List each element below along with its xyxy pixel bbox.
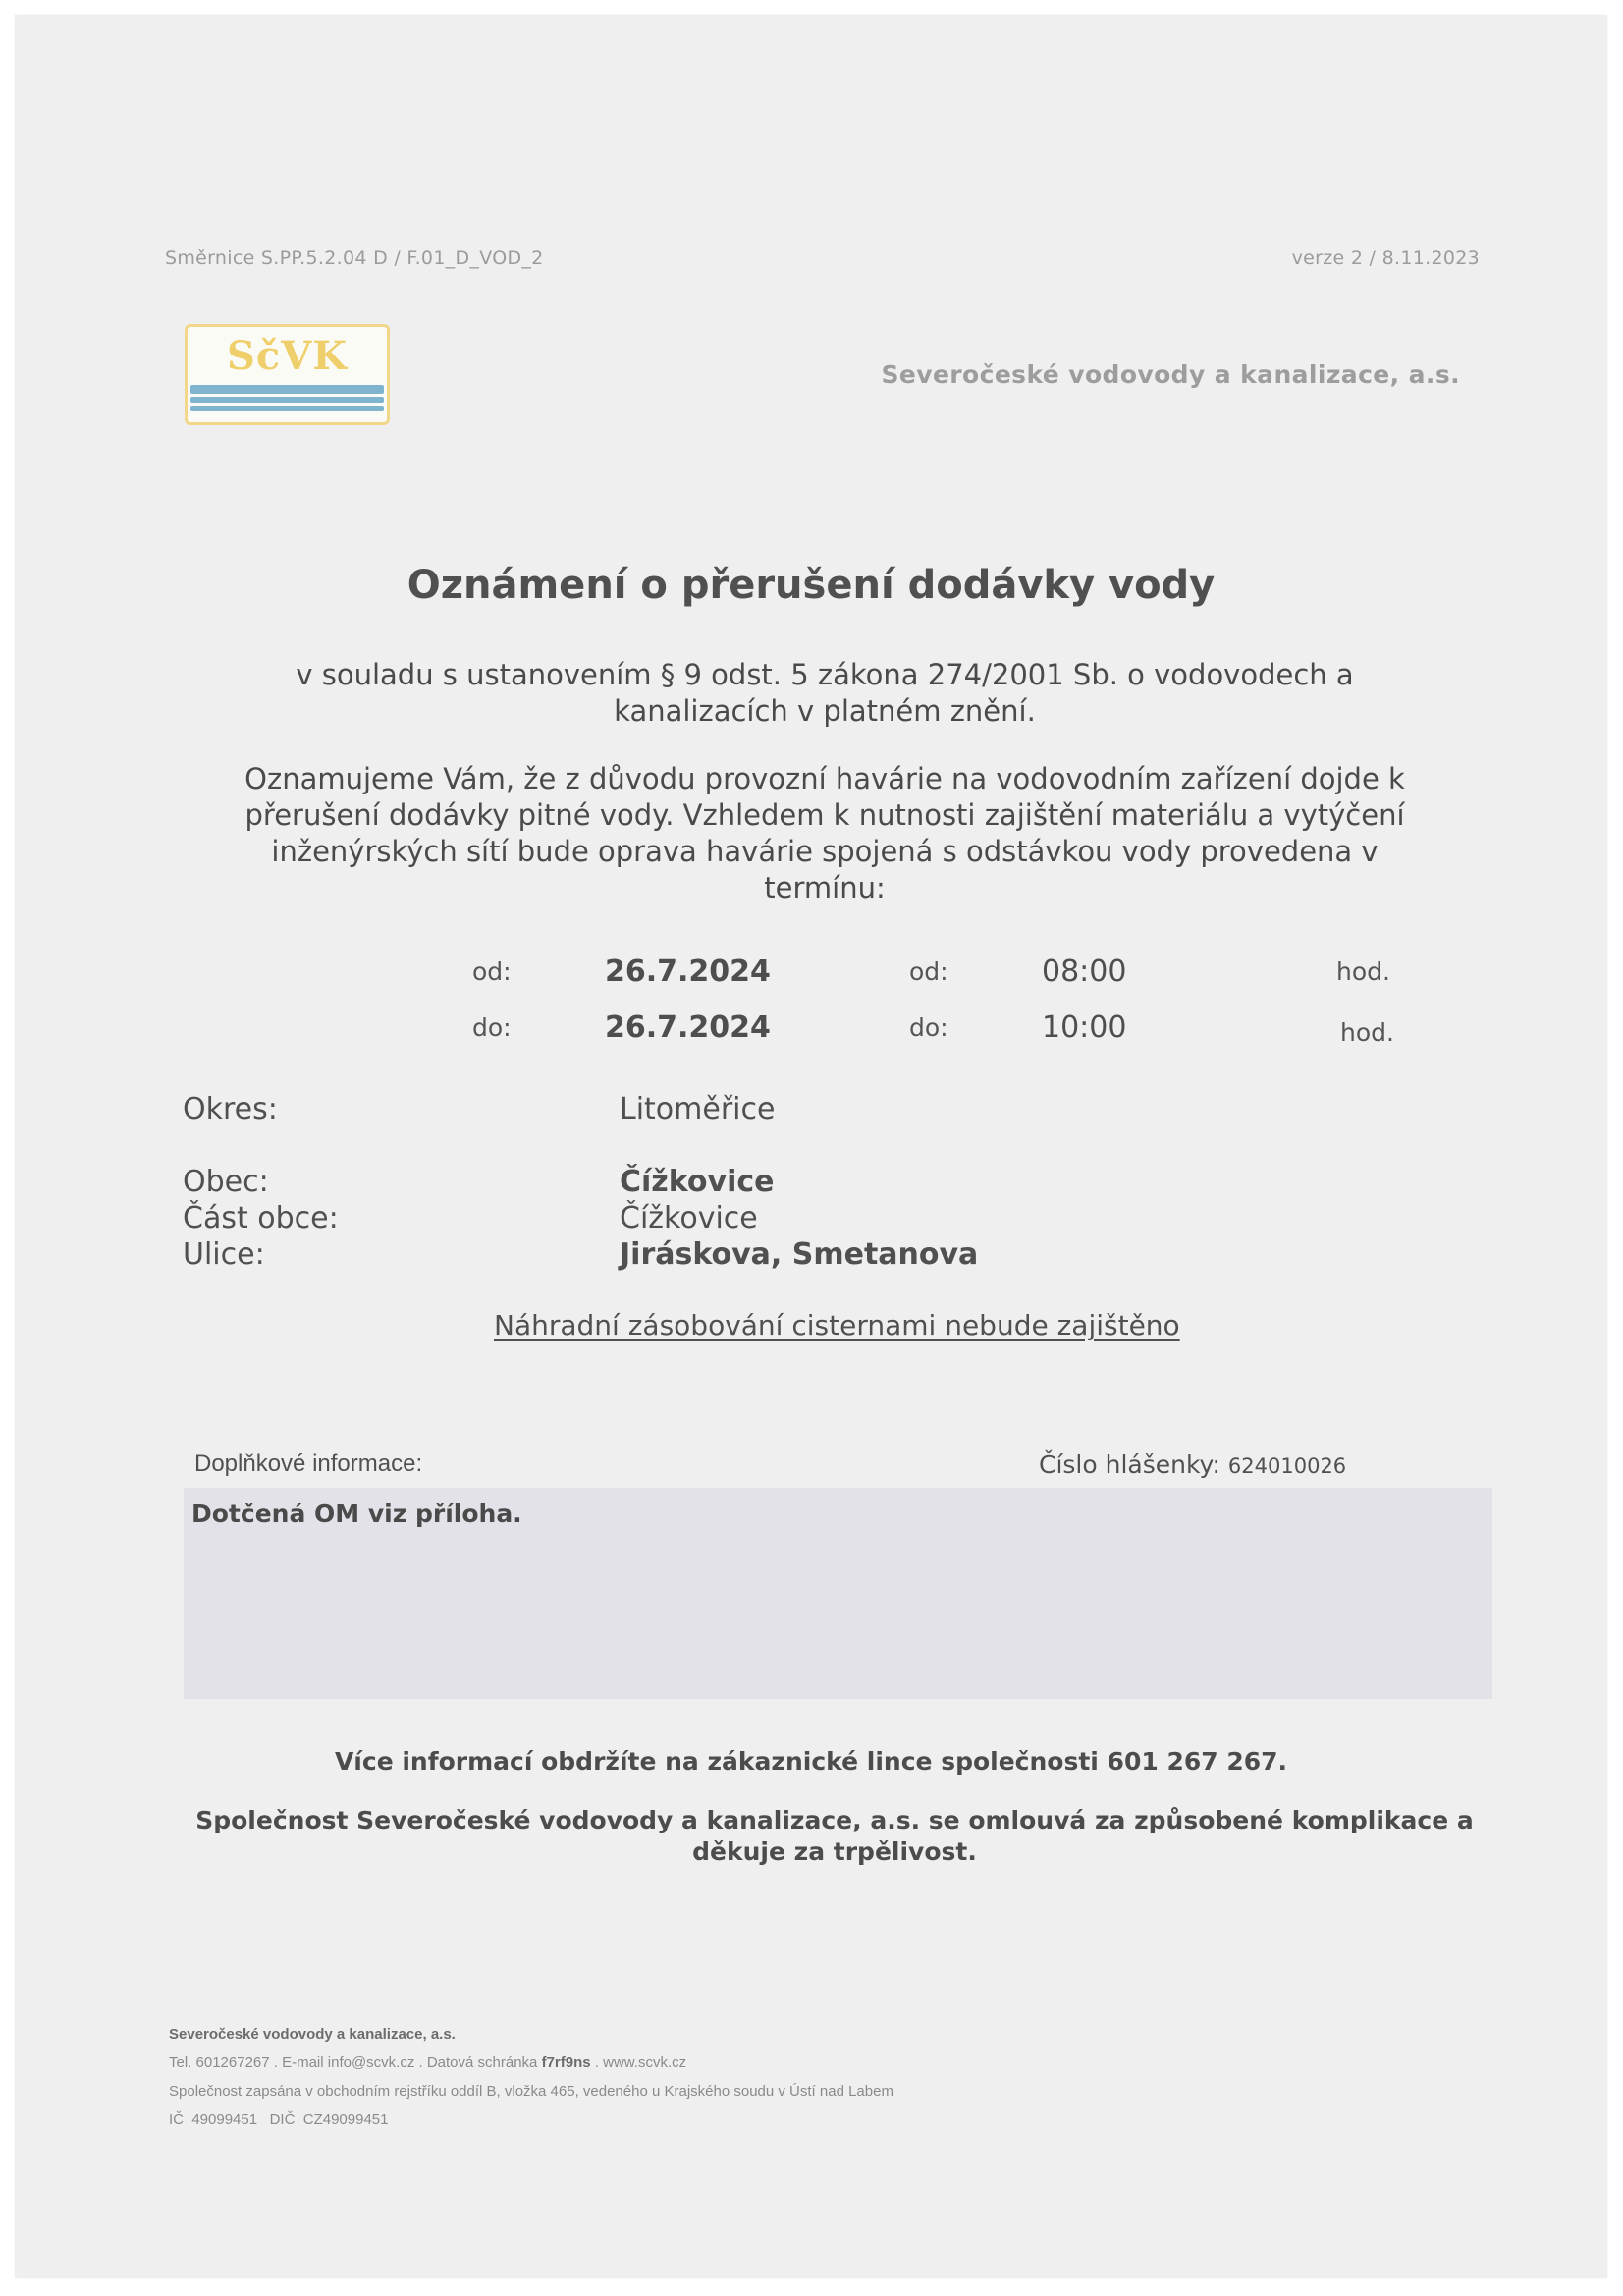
legal-basis-text: v souladu s ustanovením § 9 odst. 5 záko…: [211, 657, 1438, 730]
footer-contact-suffix: . www.scvk.cz: [591, 2054, 687, 2071]
to-date: 26.7.2024: [605, 1011, 771, 1045]
from-time-unit: hod.: [1336, 957, 1390, 986]
logo-water-stripes-icon: [190, 385, 384, 418]
replacement-supply-notice: Náhradní zásobování cisternami nebude za…: [494, 1309, 1180, 1341]
from-time: 08:00: [1042, 955, 1126, 989]
municipality-label: Obec:: [183, 1165, 269, 1199]
logo-text: SčVK: [188, 333, 387, 379]
streets-label: Ulice:: [183, 1237, 265, 1272]
apology-text: Společnost Severočeské vodovody a kanali…: [172, 1805, 1497, 1868]
district-value: Litoměřice: [620, 1092, 775, 1126]
footer: Severočeské vodovody a kanalizace, a.s. …: [169, 2026, 893, 2140]
additional-info-label: Doplňkové informace:: [194, 1450, 422, 1478]
footer-data-box-id: f7rf9ns: [542, 2054, 591, 2071]
report-number-field: Číslo hlášenky: 624010026: [1039, 1450, 1346, 1479]
municipality-part-value: Čížkovice: [620, 1201, 758, 1235]
from-date-label: od:: [472, 957, 512, 986]
municipality-value: Čížkovice: [620, 1165, 775, 1199]
notice-text: Oznamujeme Vám, že z důvodu provozní hav…: [211, 761, 1438, 906]
additional-info-text: Dotčená OM viz příloha.: [191, 1500, 522, 1528]
streets-value: Jiráskova, Smetanova: [620, 1237, 978, 1272]
footer-registration: Společnost zapsána v obchodním rejstříku…: [169, 2083, 893, 2111]
footer-company-name: Severočeské vodovody a kanalizace, a.s.: [169, 2026, 893, 2054]
company-name-header: Severočeské vodovody a kanalizace, a.s.: [881, 360, 1460, 389]
document-reference: Směrnice S.PP.5.2.04 D / F.01_D_VOD_2: [165, 247, 544, 269]
document-version: verze 2 / 8.11.2023: [1292, 247, 1480, 269]
from-time-label: od:: [909, 957, 948, 986]
to-date-label: do:: [472, 1013, 512, 1042]
to-time-unit: hod.: [1340, 1018, 1394, 1047]
additional-info-box: Dotčená OM viz příloha.: [184, 1488, 1492, 1699]
district-label: Okres:: [183, 1092, 278, 1126]
footer-contact-prefix: Tel. 601267267 . E-mail info@scvk.cz . D…: [169, 2054, 542, 2071]
report-number-value: 624010026: [1228, 1454, 1346, 1478]
page-title: Oznámení o přerušení dodávky vody: [15, 563, 1607, 608]
to-time-label: do:: [909, 1013, 948, 1042]
footer-contact: Tel. 601267267 . E-mail info@scvk.cz . D…: [169, 2054, 893, 2083]
scvk-logo: SčVK: [185, 324, 390, 425]
from-date: 26.7.2024: [605, 955, 771, 989]
document-page: Směrnice S.PP.5.2.04 D / F.01_D_VOD_2 ve…: [15, 15, 1607, 2278]
footer-ids: IČ 49099451 DIČ CZ49099451: [169, 2111, 893, 2140]
to-time: 10:00: [1042, 1011, 1126, 1045]
report-number-label: Číslo hlášenky:: [1039, 1450, 1220, 1479]
hotline-text: Více informací obdržíte na zákaznické li…: [15, 1747, 1607, 1776]
municipality-part-label: Část obce:: [183, 1201, 339, 1235]
